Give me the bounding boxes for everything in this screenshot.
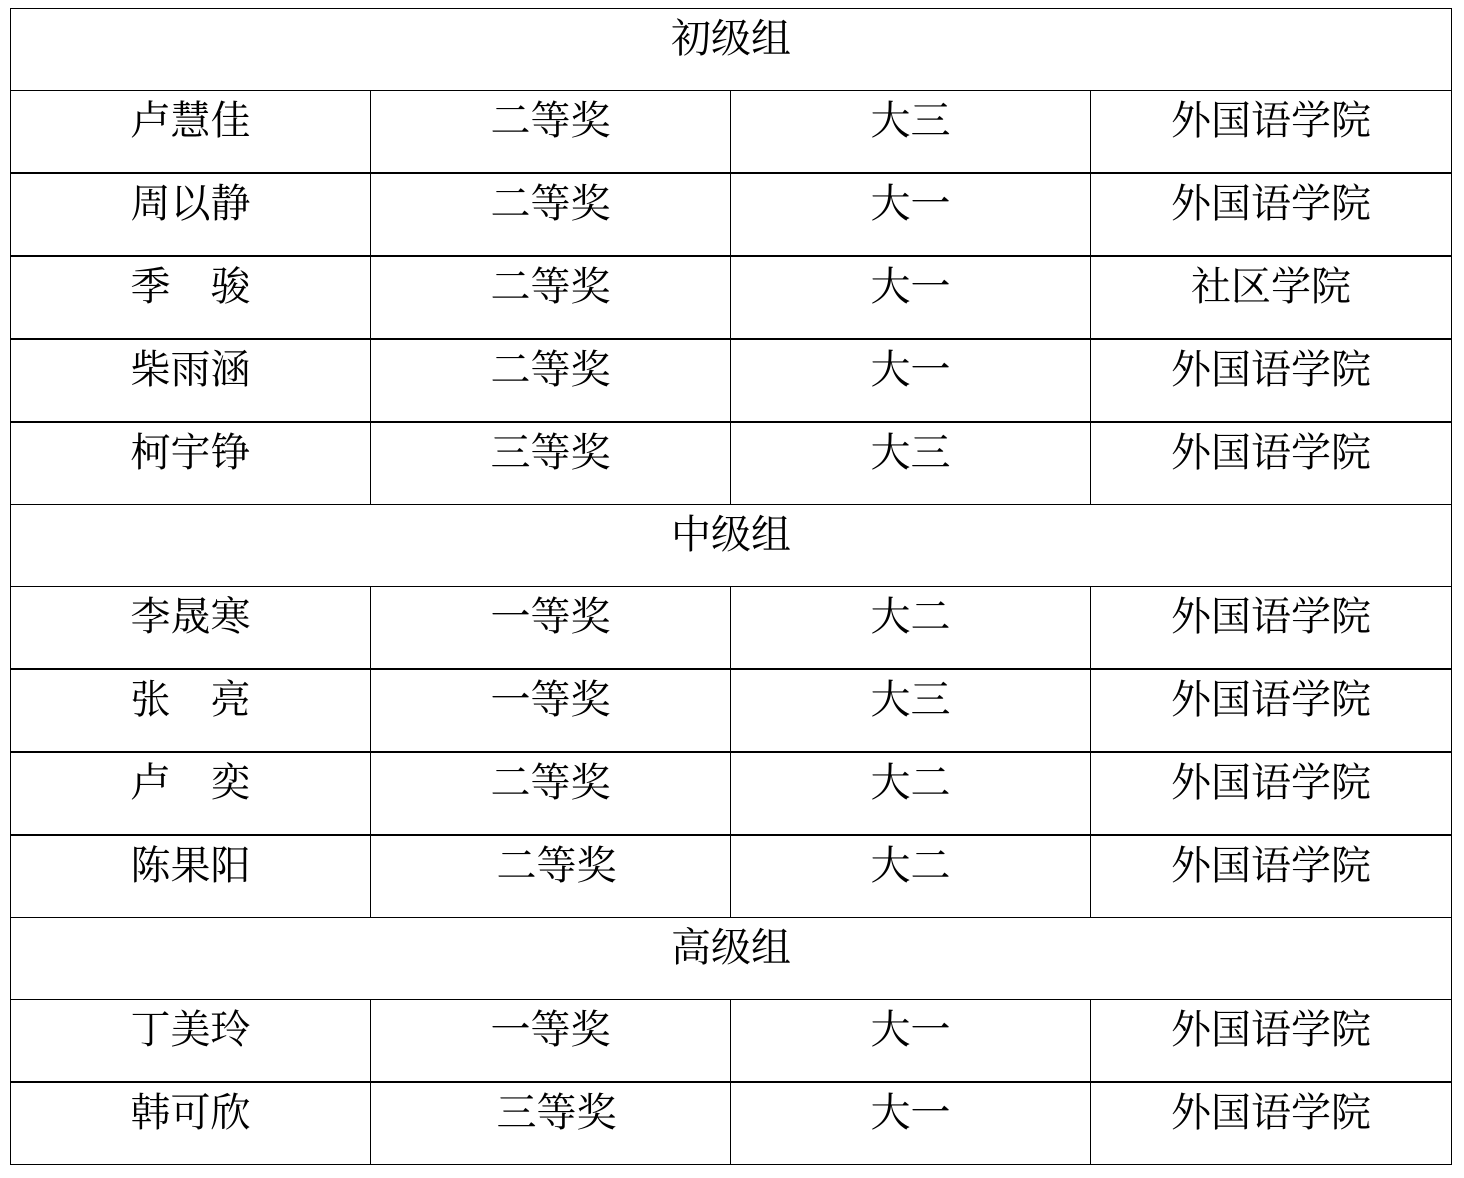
college-name: 外国语学院	[1171, 836, 1371, 886]
award-level: 三等奖	[497, 1083, 617, 1133]
college-cell: 外国语学院	[1091, 91, 1452, 174]
college-name: 外国语学院	[1171, 423, 1371, 473]
grade-year: 大三	[871, 91, 951, 141]
group-title: 高级组	[671, 918, 791, 968]
award-cell: 三等奖	[371, 422, 731, 505]
student-name: 李晟寒	[131, 587, 251, 637]
college-cell: 外国语学院	[1091, 173, 1452, 256]
name-cell: 柴雨涵	[11, 339, 371, 422]
name-cell: 韩可欣	[11, 1082, 371, 1165]
college-name: 外国语学院	[1171, 587, 1371, 637]
name-cell: 柯宇铮	[11, 422, 371, 505]
award-level: 二等奖	[491, 91, 611, 141]
grade-year: 大二	[871, 753, 951, 803]
grade-cell: 大二	[731, 752, 1091, 835]
grade-cell: 大三	[731, 669, 1091, 752]
college-name: 社区学院	[1191, 257, 1351, 307]
grade-year: 大一	[871, 257, 951, 307]
student-name: 卢 奕	[131, 753, 251, 803]
grade-year: 大一	[871, 1083, 951, 1133]
college-cell: 外国语学院	[1091, 422, 1452, 505]
college-cell: 社区学院	[1091, 256, 1452, 339]
name-cell: 季 骏	[11, 256, 371, 339]
grade-cell: 大二	[731, 587, 1091, 670]
award-cell: 二等奖	[371, 835, 731, 918]
group-header-row: 初级组	[11, 9, 1452, 91]
college-name: 外国语学院	[1171, 753, 1371, 803]
college-cell: 外国语学院	[1091, 1082, 1452, 1165]
table-row: 季 骏 二等奖 大一 社区学院	[11, 256, 1452, 339]
student-name: 柯宇铮	[131, 423, 251, 473]
grade-cell: 大三	[731, 422, 1091, 505]
college-cell: 外国语学院	[1091, 835, 1452, 918]
award-cell: 二等奖	[371, 91, 731, 174]
group-title-cell: 高级组	[11, 918, 1452, 1000]
award-level: 三等奖	[491, 423, 611, 473]
group-title-cell: 初级组	[11, 9, 1452, 91]
college-name: 外国语学院	[1171, 91, 1371, 141]
grade-year: 大二	[871, 836, 951, 886]
name-cell: 卢 奕	[11, 752, 371, 835]
grade-cell: 大一	[731, 1082, 1091, 1165]
group-title: 初级组	[671, 9, 791, 59]
award-level: 一等奖	[491, 1000, 611, 1050]
award-cell: 二等奖	[371, 173, 731, 256]
name-cell: 李晟寒	[11, 587, 371, 670]
college-cell: 外国语学院	[1091, 1000, 1452, 1083]
award-cell: 一等奖	[371, 669, 731, 752]
name-cell: 卢慧佳	[11, 91, 371, 174]
student-name: 陈果阳	[131, 836, 251, 886]
awards-table: 初级组 卢慧佳 二等奖 大三 外国语学院 周以静 二等奖 大一 外国语学院 季 …	[10, 8, 1452, 1165]
grade-year: 大三	[871, 423, 951, 473]
name-cell: 陈果阳	[11, 835, 371, 918]
award-level: 一等奖	[491, 670, 611, 720]
table-row: 韩可欣 三等奖 大一 外国语学院	[11, 1082, 1452, 1165]
college-name: 外国语学院	[1171, 1083, 1371, 1133]
table-row: 张 亮 一等奖 大三 外国语学院	[11, 669, 1452, 752]
student-name: 柴雨涵	[131, 340, 251, 390]
group-header-row: 中级组	[11, 505, 1452, 587]
grade-cell: 大一	[731, 256, 1091, 339]
award-cell: 三等奖	[371, 1082, 731, 1165]
student-name: 张 亮	[131, 670, 251, 720]
award-level: 二等奖	[491, 257, 611, 307]
grade-year: 大三	[871, 670, 951, 720]
student-name: 周以静	[131, 174, 251, 224]
student-name: 韩可欣	[131, 1083, 251, 1133]
student-name: 丁美玲	[131, 1000, 251, 1050]
name-cell: 周以静	[11, 173, 371, 256]
grade-cell: 大二	[731, 835, 1091, 918]
grade-cell: 大一	[731, 1000, 1091, 1083]
table-row: 卢 奕 二等奖 大二 外国语学院	[11, 752, 1452, 835]
name-cell: 张 亮	[11, 669, 371, 752]
college-cell: 外国语学院	[1091, 339, 1452, 422]
award-level: 二等奖	[491, 753, 611, 803]
grade-year: 大一	[871, 1000, 951, 1050]
college-name: 外国语学院	[1171, 670, 1371, 720]
grade-cell: 大三	[731, 91, 1091, 174]
college-cell: 外国语学院	[1091, 669, 1452, 752]
college-name: 外国语学院	[1171, 174, 1371, 224]
table-row: 李晟寒 一等奖 大二 外国语学院	[11, 587, 1452, 670]
table-row: 周以静 二等奖 大一 外国语学院	[11, 173, 1452, 256]
award-level: 二等奖	[491, 340, 611, 390]
group-title-cell: 中级组	[11, 505, 1452, 587]
award-level: 二等奖	[491, 174, 611, 224]
table-row: 陈果阳 二等奖 大二 外国语学院	[11, 835, 1452, 918]
table-row: 柯宇铮 三等奖 大三 外国语学院	[11, 422, 1452, 505]
award-cell: 二等奖	[371, 256, 731, 339]
group-title: 中级组	[671, 505, 791, 555]
college-name: 外国语学院	[1171, 1000, 1371, 1050]
college-name: 外国语学院	[1171, 340, 1371, 390]
student-name: 卢慧佳	[131, 91, 251, 141]
grade-year: 大二	[871, 587, 951, 637]
award-level: 二等奖	[497, 836, 617, 886]
table-row: 柴雨涵 二等奖 大一 外国语学院	[11, 339, 1452, 422]
grade-cell: 大一	[731, 339, 1091, 422]
award-cell: 一等奖	[371, 1000, 731, 1083]
group-header-row: 高级组	[11, 918, 1452, 1000]
award-cell: 二等奖	[371, 752, 731, 835]
award-cell: 一等奖	[371, 587, 731, 670]
grade-year: 大一	[871, 174, 951, 224]
name-cell: 丁美玲	[11, 1000, 371, 1083]
college-cell: 外国语学院	[1091, 587, 1452, 670]
grade-year: 大一	[871, 340, 951, 390]
table-row: 丁美玲 一等奖 大一 外国语学院	[11, 1000, 1452, 1083]
student-name: 季 骏	[131, 257, 251, 307]
award-cell: 二等奖	[371, 339, 731, 422]
college-cell: 外国语学院	[1091, 752, 1452, 835]
award-level: 一等奖	[491, 587, 611, 637]
table-row: 卢慧佳 二等奖 大三 外国语学院	[11, 91, 1452, 174]
grade-cell: 大一	[731, 173, 1091, 256]
